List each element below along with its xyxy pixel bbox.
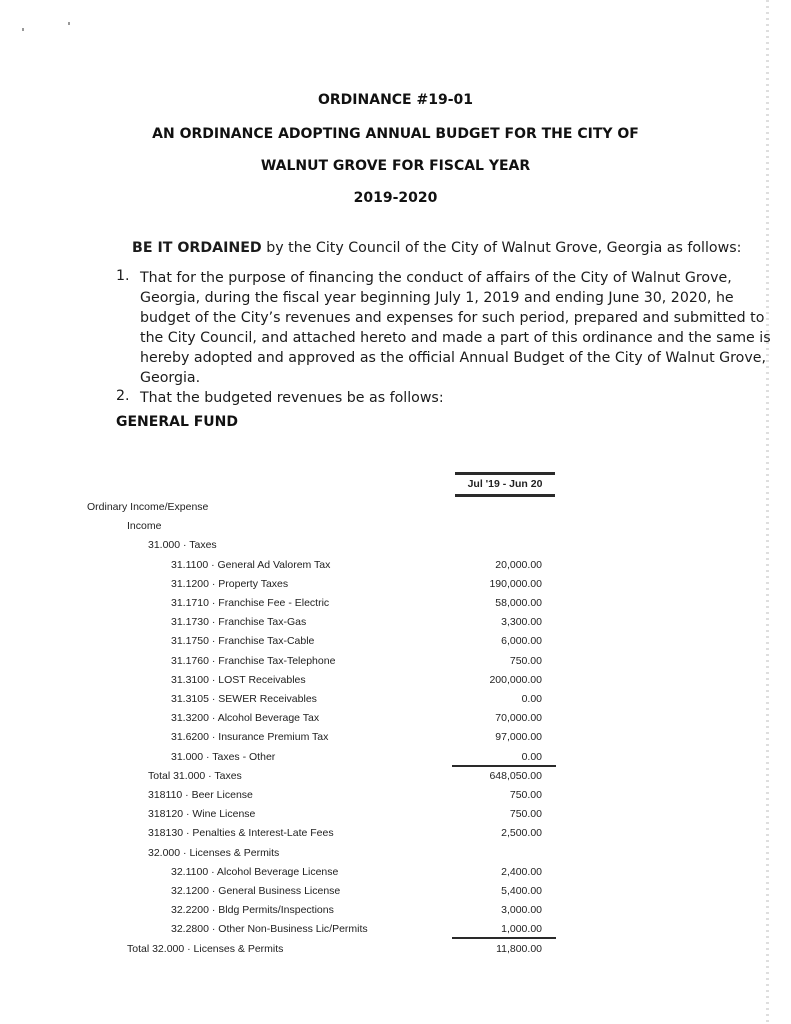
- row-label: 32.1200 · General Business License: [171, 885, 340, 897]
- table-row: 31.1710 · Franchise Fee - Electric58,000…: [0, 597, 791, 615]
- table-row: Ordinary Income/Expense: [0, 501, 791, 519]
- row-value: 5,400.00: [501, 885, 542, 897]
- item-1-line: the City Council, and attached hereto an…: [140, 328, 771, 348]
- row-value: 2,500.00: [501, 827, 542, 839]
- row-value: 750.00: [510, 655, 542, 667]
- table-row: 318130 · Penalties & Interest-Late Fees2…: [0, 827, 791, 845]
- fiscal-year: 2019-2020: [0, 190, 791, 206]
- table-row: 31.6200 · Insurance Premium Tax97,000.00: [0, 731, 791, 749]
- row-value: 0.00: [522, 751, 542, 763]
- scan-speck: [68, 22, 70, 25]
- item-1-line: Georgia, during the fiscal year beginnin…: [140, 288, 771, 308]
- item-1-text: That for the purpose of financing the co…: [140, 268, 771, 388]
- row-value: 70,000.00: [495, 712, 542, 724]
- table-row: 31.3100 · LOST Receivables200,000.00: [0, 674, 791, 692]
- row-label: 31.3100 · LOST Receivables: [171, 674, 306, 686]
- table-row: Total 32.000 · Licenses & Permits11,800.…: [0, 943, 791, 961]
- preamble-bold: BE IT ORDAINED: [132, 240, 262, 256]
- table-row: 31.1200 · Property Taxes190,000.00: [0, 578, 791, 596]
- row-value: 3,000.00: [501, 904, 542, 916]
- row-value: 20,000.00: [495, 559, 542, 571]
- row-label: Income: [127, 520, 161, 532]
- table-row: 32.2200 · Bldg Permits/Inspections3,000.…: [0, 904, 791, 922]
- scan-speck: [22, 28, 24, 31]
- row-label: 31.1760 · Franchise Tax-Telephone: [171, 655, 335, 667]
- row-label: 318110 · Beer License: [148, 789, 253, 801]
- item-2-number: 2.: [116, 388, 130, 404]
- row-label: 318130 · Penalties & Interest-Late Fees: [148, 827, 334, 839]
- row-label: 31.3200 · Alcohol Beverage Tax: [171, 712, 319, 724]
- table-row: 31.3105 · SEWER Receivables0.00: [0, 693, 791, 711]
- row-value: 58,000.00: [495, 597, 542, 609]
- table-row: 31.1100 · General Ad Valorem Tax20,000.0…: [0, 559, 791, 577]
- row-label: 31.6200 · Insurance Premium Tax: [171, 731, 328, 743]
- row-label: 32.2800 · Other Non-Business Lic/Permits: [171, 923, 368, 935]
- item-1-line: hereby adopted and approved as the offic…: [140, 348, 771, 368]
- table-row: 31.1760 · Franchise Tax-Telephone750.00: [0, 655, 791, 673]
- row-label: Total 32.000 · Licenses & Permits: [127, 943, 283, 955]
- row-value: 200,000.00: [489, 674, 542, 686]
- row-value: 6,000.00: [501, 635, 542, 647]
- table-row: Total 31.000 · Taxes648,050.00: [0, 770, 791, 788]
- item-1-line: budget of the City’s revenues and expens…: [140, 308, 771, 328]
- row-value: 11,800.00: [496, 943, 542, 955]
- row-label: 31.000 · Taxes: [148, 539, 217, 551]
- row-label: Ordinary Income/Expense: [87, 501, 208, 513]
- table-row: 31.000 · Taxes: [0, 539, 791, 557]
- ordinance-subtitle-line1: AN ORDINANCE ADOPTING ANNUAL BUDGET FOR …: [0, 126, 791, 142]
- row-label: 32.000 · Licenses & Permits: [148, 847, 279, 859]
- item-1-line: That for the purpose of financing the co…: [140, 268, 771, 288]
- row-label: 32.2200 · Bldg Permits/Inspections: [171, 904, 334, 916]
- table-row: Income: [0, 520, 791, 538]
- section-heading-general-fund: GENERAL FUND: [116, 414, 238, 430]
- row-label: 31.1750 · Franchise Tax-Cable: [171, 635, 314, 647]
- table-row: 31.000 · Taxes - Other0.00: [0, 751, 791, 769]
- row-label: 31.1100 · General Ad Valorem Tax: [171, 559, 330, 571]
- row-label: 31.1200 · Property Taxes: [171, 578, 288, 590]
- row-label: 318120 · Wine License: [148, 808, 255, 820]
- ordinance-title: ORDINANCE #19-01: [0, 92, 791, 108]
- row-value: 750.00: [510, 789, 542, 801]
- row-label: Total 31.000 · Taxes: [148, 770, 242, 782]
- row-value: 2,400.00: [501, 866, 542, 878]
- row-value: 97,000.00: [495, 731, 542, 743]
- row-label: 31.3105 · SEWER Receivables: [171, 693, 317, 705]
- item-1-number: 1.: [116, 268, 130, 284]
- table-row: 32.1200 · General Business License5,400.…: [0, 885, 791, 903]
- table-row: 31.1750 · Franchise Tax-Cable6,000.00: [0, 635, 791, 653]
- table-row: 31.3200 · Alcohol Beverage Tax70,000.00: [0, 712, 791, 730]
- row-label: 32.1100 · Alcohol Beverage License: [171, 866, 338, 878]
- preamble: BE IT ORDAINED by the City Council of th…: [132, 238, 741, 258]
- column-header-label: Jul '19 - Jun 20: [455, 478, 555, 490]
- row-value: 3,300.00: [501, 616, 542, 628]
- row-label: 31.1710 · Franchise Fee - Electric: [171, 597, 329, 609]
- table-row: 32.000 · Licenses & Permits: [0, 847, 791, 865]
- header-rule-bottom: [455, 494, 555, 497]
- table-row: 318120 · Wine License750.00: [0, 808, 791, 826]
- table-row: 32.1100 · Alcohol Beverage License2,400.…: [0, 866, 791, 884]
- subtotal-rule: [452, 937, 556, 939]
- table-row: 318110 · Beer License750.00: [0, 789, 791, 807]
- item-2-text: That the budgeted revenues be as follows…: [140, 388, 444, 408]
- table-row: 31.1730 · Franchise Tax-Gas3,300.00: [0, 616, 791, 634]
- row-label: 31.000 · Taxes - Other: [171, 751, 275, 763]
- subtotal-rule: [452, 765, 556, 767]
- row-value: 648,050.00: [489, 770, 542, 782]
- row-value: 750.00: [510, 808, 542, 820]
- column-header: Jul '19 - Jun 20: [455, 472, 555, 498]
- header-rule-top: [455, 472, 555, 475]
- item-1-line: Georgia.: [140, 368, 771, 388]
- row-value: 190,000.00: [489, 578, 542, 590]
- preamble-rest: by the City Council of the City of Walnu…: [262, 240, 742, 256]
- ordinance-subtitle-line2: WALNUT GROVE FOR FISCAL YEAR: [0, 158, 791, 174]
- row-label: 31.1730 · Franchise Tax-Gas: [171, 616, 306, 628]
- row-value: 0.00: [522, 693, 542, 705]
- item-2-line: That the budgeted revenues be as follows…: [140, 388, 444, 408]
- row-value: 1,000.00: [501, 923, 542, 935]
- table-row: 32.2800 · Other Non-Business Lic/Permits…: [0, 923, 791, 941]
